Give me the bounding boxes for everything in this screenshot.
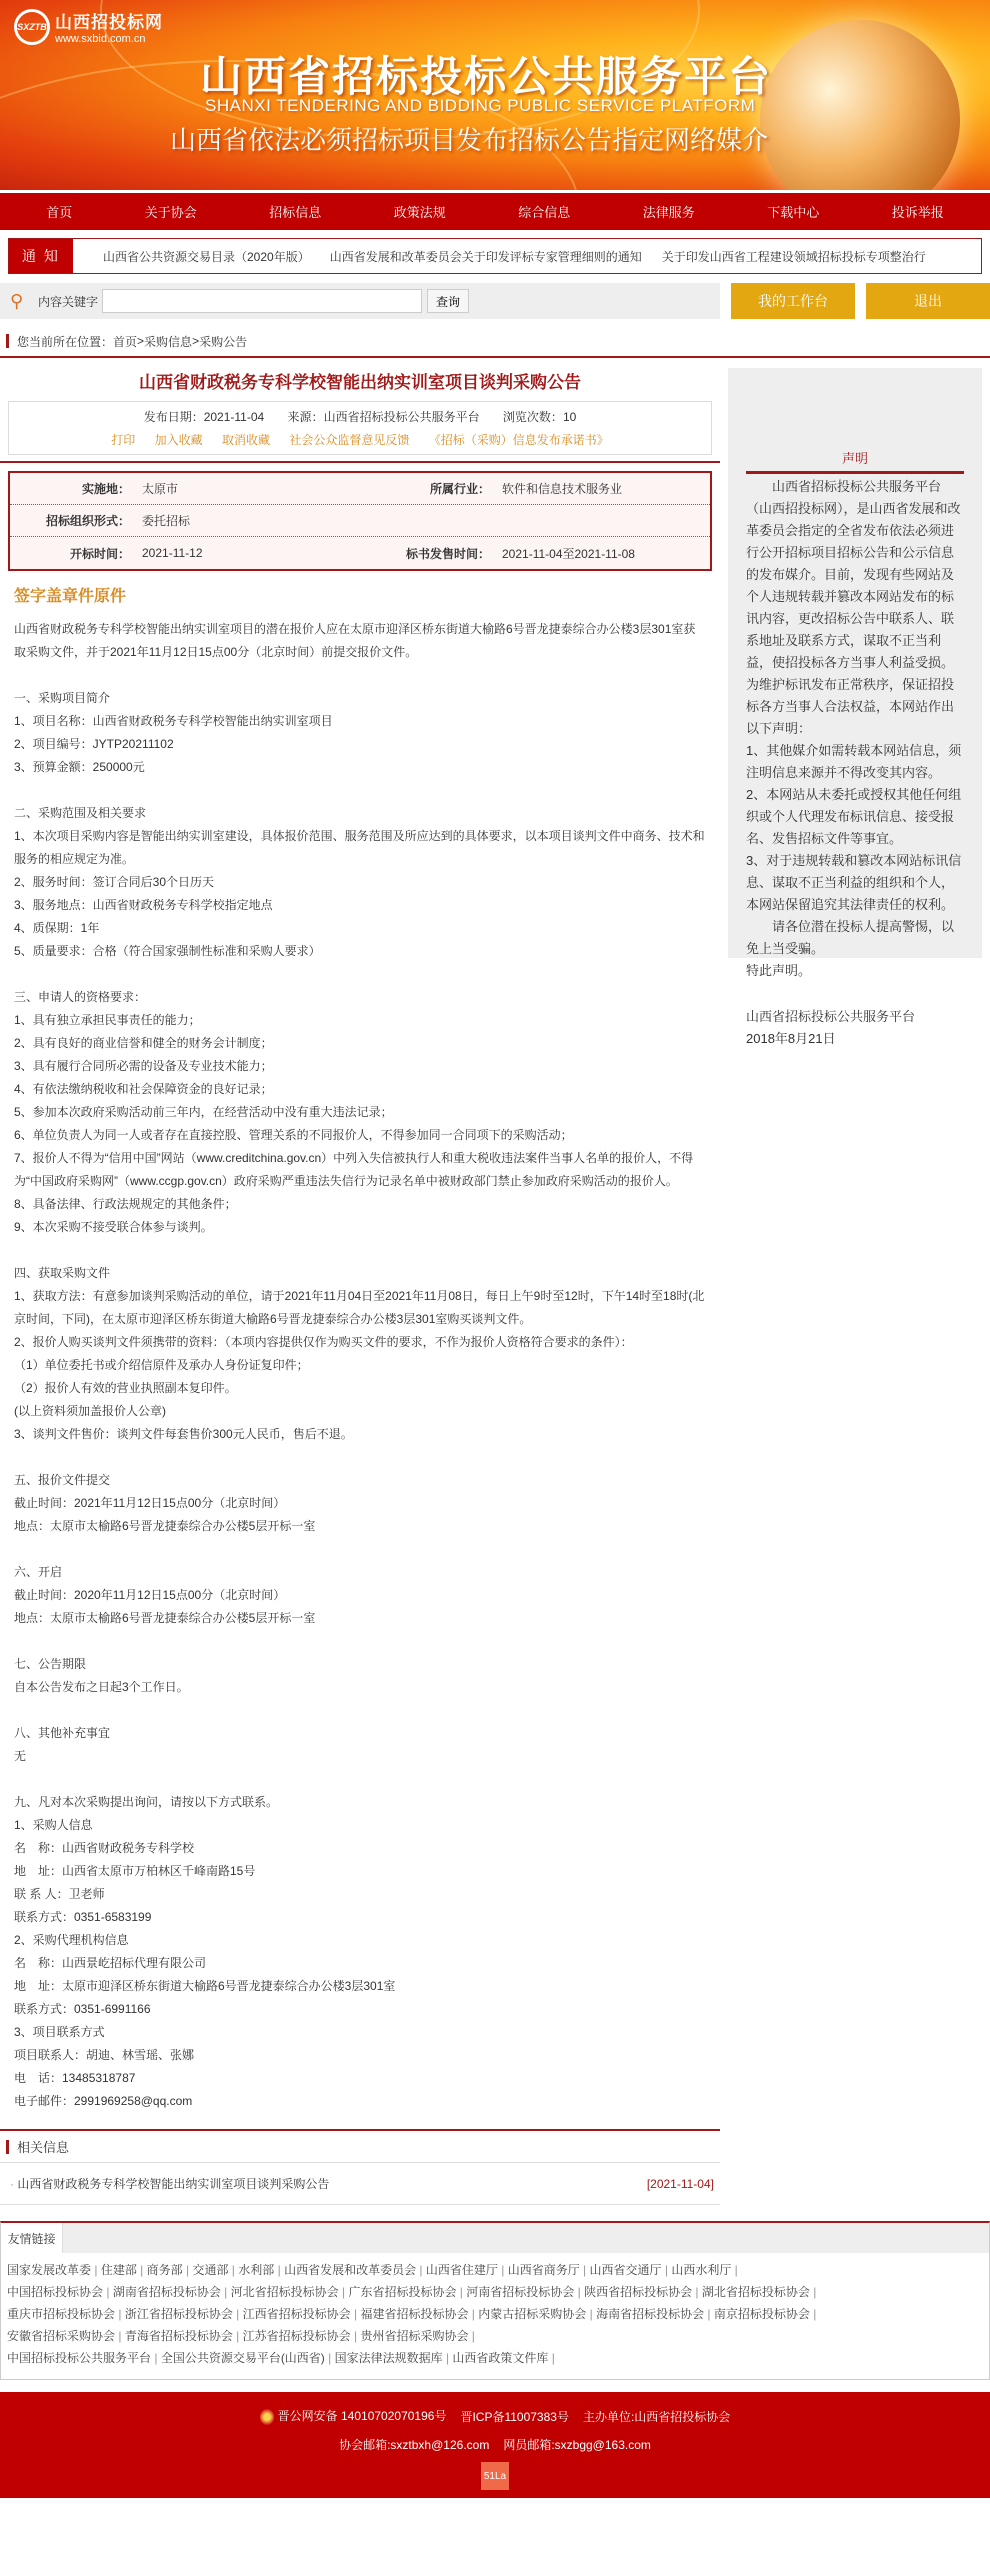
link-separator: | [351,2307,361,2321]
friend-link[interactable]: 海南省招标投标协会 [596,2307,704,2321]
article-meta: 发布日期：2021-11-04 来源：山西省招标投标公共服务平台 浏览次数：10… [8,401,712,455]
breadcrumb-procurement-notice[interactable]: 采购公告 [199,333,247,350]
nav-complaint[interactable]: 投诉举报 [892,202,944,221]
body-line: 3、具有履行合同所必需的设备及专业技术能力； [14,1055,706,1078]
body-line: 联 系 人：卫老师 [14,1883,706,1906]
nav-tender-info[interactable]: 招标信息 [269,202,321,221]
add-favorite-link[interactable]: 加入收藏 [155,433,203,447]
original-document-title: 签字盖章件原件 [14,585,706,608]
friend-links-row: 安徽省招标采购协会 | 青海省招标投标协会 | 江苏省招标投标协会 | 贵州省招… [7,2325,983,2347]
body-line: 1、获取方法：有意参加谈判采购活动的单位，请于2021年11月04日至2021年… [14,1285,706,1331]
link-separator: | [115,2307,125,2321]
notice-item[interactable]: 关于印发山西省工程建设领域招标投标专项整治行 [662,248,926,265]
body-line: 4、有依法缴纳税收和社会保障资金的良好记录； [14,1078,706,1101]
link-separator: | [548,2351,554,2365]
friend-link[interactable]: 国家发展改革委 [7,2263,91,2277]
publish-date: 2021-11-04 [204,410,265,424]
body-line: 山西省财政税务专科学校智能出纳实训室项目的潜在报价人应在太原市迎泽区桥东街道大榆… [14,618,706,664]
friend-links-row: 中国招标投标公共服务平台 | 全国公共资源交易平台(山西省) | 国家法律法规数… [7,2347,983,2369]
body-line: 一、采购项目简介 [14,687,706,710]
divider [0,461,720,463]
search-icon: ⚲ [10,291,30,312]
link-separator: | [456,2285,466,2299]
section-marker [6,2140,9,2154]
friend-links-tab[interactable]: 友情链接 [1,2223,63,2253]
police-emblem-icon [260,2409,274,2425]
org-form-value: 委托招标 [130,512,350,529]
body-line: 电子邮件：2991969258@qq.com [14,2090,706,2113]
friend-link[interactable]: 湖北省招标投标协会 [702,2285,810,2299]
search-input[interactable] [102,289,422,313]
friend-link[interactable]: 贵州省招标采购协会 [360,2329,468,2343]
friend-link[interactable]: 河南省招标投标协会 [466,2285,574,2299]
site-banner: SXZTB 山西招投标网 www.sxbid.com.cn 山西省招标投标公共服… [0,0,990,190]
friend-link[interactable]: 重庆市招标投标协会 [7,2307,115,2321]
body-line: 2、报价人购买谈判文件须携带的资料：（本项内容提供仅作为购买文件的要求，不作为报… [14,1331,706,1354]
org-form-label: 招标组织形式： [10,512,130,529]
body-line: 5、质量要求：合格（符合国家强制性标准和采购人要求） [14,940,706,963]
friend-link[interactable]: 山西省发展和改革委员会 [284,2263,416,2277]
source: 山西省招标投标公共服务平台 [324,410,480,424]
body-line: 地 址：山西省太原市万柏林区千峰南路15号 [14,1860,706,1883]
body-line: （1）单位委托书或介绍信原件及承办人身份证复印件； [14,1354,706,1377]
friend-link[interactable]: 住建部 [101,2263,137,2277]
body-line: 2、服务时间：签订合同后30个日历天 [14,871,706,894]
main-nav: 首页 关于协会 招标信息 政策法规 综合信息 法律服务 下载中心 投诉举报 [0,190,990,230]
body-lines: 山西省财政税务专科学校智能出纳实训室项目的潜在报价人应在太原市迎泽区桥东街道大榆… [14,618,706,2113]
body-line: 1、采购人信息 [14,1814,706,1837]
friend-links: 友情链接 国家发展改革委 | 住建部 | 商务部 | 交通部 | 水利部 | 山… [0,2221,990,2380]
body-line: 5、参加本次政府采购活动前三年内，在经营活动中没有重大违法记录； [14,1101,706,1124]
body-line: 四、获取采购文件 [14,1262,706,1285]
body-line: 联系方式：0351-6583199 [14,1906,706,1929]
body-line: 1、本次项目采购内容是智能出纳实训室建设，具体报价范围、服务范围及所应达到的具体… [14,825,706,871]
body-line: 1、项目名称：山西省财政税务专科学校智能出纳实训室项目 [14,710,706,733]
body-line: 2、具有良好的商业信誉和健全的财务会计制度； [14,1032,706,1055]
breadcrumb-prefix: 您当前所在位置： [17,333,113,350]
body-line: 6、单位负责人为同一人或者存在直接控股、管理关系的不同报价人，不得参加同一合同项… [14,1124,706,1147]
body-line [14,1239,706,1262]
body-line: 电 话：13485318787 [14,2067,706,2090]
body-line: 2、采购代理机构信息 [14,1929,706,1952]
declaration-paragraph: 3、对于违规转载和篡改本网站标讯信息、谋取不正当利益的组织和个人，本网站保留追究… [746,850,964,916]
body-line: （2）报价人有效的营业执照副本复印件。 [14,1377,706,1400]
friend-link[interactable]: 国家法律法规数据库 [335,2351,443,2365]
industry-value: 软件和信息技术服务业 [490,480,622,497]
body-line: 4、质保期：1年 [14,917,706,940]
industry-label: 所属行业： [350,480,490,497]
link-separator: | [339,2285,349,2299]
nav-about[interactable]: 关于协会 [145,202,197,221]
link-separator: | [103,2285,113,2299]
declaration-signature: 山西省招标投标公共服务平台 [746,1006,964,1028]
sale-time-label: 标书发售时间： [350,545,490,562]
breadcrumb-sep: > [192,334,199,348]
friend-link[interactable]: 湖南省招标投标协会 [113,2285,221,2299]
friend-link[interactable]: 山西省政策文件库 [452,2351,548,2365]
logo-mark-icon: SXZTB [14,9,50,45]
site-footer: 晋公网安备 14010702070196号 晋ICP备11007383号 主办单… [0,2392,990,2498]
police-record[interactable]: 晋公网安备 14010702070196号 [278,2409,447,2423]
declaration-body: 山西省招标投标公共服务平台（山西招投标网），是山西省发展和改革委员会指定的全省发… [746,474,964,982]
notice-bar: 通 知 山西省公共资源交易目录（2020年版） 山西省发展和改革委员会关于印发评… [8,238,982,274]
body-line: (以上资料须加盖报价人公章) [14,1400,706,1423]
declaration-paragraph: 请各位潜在投标人提高警惕，以免上当受骗。 [746,916,964,960]
link-separator: | [137,2263,147,2277]
breadcrumb-procurement-info[interactable]: 采购信息 [144,333,192,350]
views-label: 浏览次数： [503,410,563,424]
link-separator: | [704,2307,714,2321]
breadcrumb-home[interactable]: 首页 [113,333,137,350]
friend-link[interactable]: 南京招标投标协会 [714,2307,810,2321]
link-separator: | [810,2307,816,2321]
nav-policy[interactable]: 政策法规 [394,202,446,221]
related-item-title[interactable]: 山西省财政税务专科学校智能出纳实训室项目谈判采购公告 [17,2177,329,2191]
link-separator: | [221,2285,231,2299]
friend-link[interactable]: 陕西省招标投标协会 [584,2285,692,2299]
link-separator: | [351,2329,361,2343]
logo-url: www.sxbid.com.cn [55,33,163,45]
friend-links-row: 中国招标投标协会 | 湖南省招标投标协会 | 河北省招标投标协会 | 广东省招标… [7,2281,983,2303]
link-separator: | [498,2263,508,2277]
body-line: 7、报价人不得为“信用中国”网站（www.creditchina.gov.cn）… [14,1147,706,1193]
friend-link[interactable]: 全国公共资源交易平台(山西省) [161,2351,325,2365]
body-line: 地 址：太原市迎泽区桥东街道大榆路6号晋龙捷泰综合办公楼3层301室 [14,1975,706,1998]
location-value: 太原市 [130,480,350,497]
friend-link[interactable]: 中国招标投标公共服务平台 [7,2351,151,2365]
body-line: 2、项目编号：JYTP20211102 [14,733,706,756]
sale-time-value: 2021-11-04至2021-11-08 [490,545,635,562]
body-line: 截止时间：2020年11月12日15点00分（北京时间） [14,1584,706,1607]
declaration-date: 2018年8月21日 [746,1028,964,1050]
link-separator: | [468,2329,474,2343]
friend-link[interactable]: 江西省招标投标协会 [243,2307,351,2321]
body-line: 三、申请人的资格要求： [14,986,706,1009]
friend-links-row: 重庆市招标投标协会 | 浙江省招标投标协会 | 江西省招标投标协会 | 福建省招… [7,2303,983,2325]
body-line: 9、本次采购不接受联合体参与谈判。 [14,1216,706,1239]
body-line: 8、具备法律、行政法规规定的其他条件； [14,1193,706,1216]
link-separator: | [233,2307,243,2321]
friend-links-row: 国家发展改革委 | 住建部 | 商务部 | 交通部 | 水利部 | 山西省发展和… [7,2259,983,2281]
commitment-link[interactable]: 《招标（采购）信息发布承诺书》 [429,433,609,447]
body-line [14,1768,706,1791]
body-line: 截止时间：2021年11月12日15点00分（北京时间） [14,1492,706,1515]
friend-link[interactable]: 中国招标投标协会 [7,2285,103,2299]
icp-record[interactable]: 晋ICP备11007383号 [460,2408,569,2425]
body-line: 项目联系人：胡迪、林雪瑶、张娜 [14,2044,706,2067]
related-title: 相关信息 [17,2137,69,2156]
friend-links-list: 国家发展改革委 | 住建部 | 商务部 | 交通部 | 水利部 | 山西省发展和… [1,2253,989,2379]
remove-favorite-link[interactable]: 取消收藏 [222,433,270,447]
link-separator: | [662,2263,672,2277]
link-separator: | [468,2307,478,2321]
link-separator: | [580,2263,590,2277]
link-separator: | [115,2329,125,2343]
body-line: 八、其他补充事宜 [14,1722,706,1745]
association-email: 协会邮箱:sxztbxh@126.com [339,2436,489,2453]
body-line: 1、具有独立承担民事责任的能力； [14,1009,706,1032]
print-link[interactable]: 打印 [111,433,135,447]
related-item-date: [2021-11-04] [647,2177,714,2191]
friend-link[interactable]: 山西水利厅 [671,2263,731,2277]
friend-link[interactable]: 商务部 [147,2263,183,2277]
nav-general-info[interactable]: 综合信息 [518,202,570,221]
article-body: 签字盖章件原件 山西省财政税务专科学校智能出纳实训室项目的潜在报价人应在太原市迎… [0,585,720,2113]
main-content: 山西省财政税务专科学校智能出纳实训室项目谈判采购公告 发布日期：2021-11-… [0,358,720,2205]
friend-link[interactable]: 福建省招标投标协会 [360,2307,468,2321]
declaration-paragraph: 山西省招标投标公共服务平台（山西招投标网），是山西省发展和改革委员会指定的全省发… [746,476,964,740]
link-separator: | [810,2285,816,2299]
body-line [14,963,706,986]
link-separator: | [228,2263,238,2277]
search-label: 内容关键字 [38,293,98,310]
link-separator: | [692,2285,702,2299]
link-separator: | [91,2263,101,2277]
link-separator: | [443,2351,453,2365]
body-line: 3、谈判文件售价：谈判文件每套售价300元人民币，售后不退。 [14,1423,706,1446]
body-line: 五、报价文件提交 [14,1469,706,1492]
body-line: 七、公告期限 [14,1653,706,1676]
open-date-value: 2021-11-12 [130,546,350,560]
search-bar: ⚲ 内容关键字 查询 我的工作台 退出 [0,282,990,320]
friend-link[interactable]: 广东省招标投标协会 [348,2285,456,2299]
nav-download[interactable]: 下载中心 [767,202,819,221]
nav-legal[interactable]: 法律服务 [643,202,695,221]
related-info: 相关信息 · 山西省财政税务专科学校智能出纳实训室项目谈判采购公告 [2021-… [0,2129,720,2205]
host-org: 主办单位:山西省招投标协会 [583,2408,730,2425]
declaration-paragraph: 2、本网站从未委托或授权其他任何组织或个人代理发布标讯信息、接受报名、发售招标文… [746,784,964,850]
notice-label: 通 知 [9,239,73,273]
body-line: 六、开启 [14,1561,706,1584]
friend-link[interactable]: 浙江省招标投标协会 [125,2307,233,2321]
banner-title: 山西省招标投标公共服务平台 [200,44,772,104]
body-line: 无 [14,1745,706,1768]
breadcrumb-marker [6,334,9,348]
globe-image [760,20,960,190]
workbench-button[interactable]: 我的工作台 [731,283,855,319]
body-line [14,664,706,687]
body-line [14,1446,706,1469]
friend-link[interactable]: 江苏省招标投标协会 [243,2329,351,2343]
view-count: 10 [563,410,576,424]
friend-link[interactable]: 内蒙古招标采购协会 [478,2307,586,2321]
nav-home[interactable]: 首页 [46,202,72,221]
project-info-table: 实施地： 太原市 所属行业： 软件和信息技术服务业 招标组织形式： 委托招标 开… [8,471,712,571]
declaration-title: 声明 [746,368,964,474]
search-button[interactable]: 查询 [427,289,469,313]
open-date-label: 开标时间： [10,545,130,562]
body-line: 二、采购范围及相关要求 [14,802,706,825]
link-separator: | [586,2307,596,2321]
body-line: 联系方式：0351-6991166 [14,1998,706,2021]
notice-item[interactable]: 山西省发展和改革委员会关于印发评标专家管理细则的通知 [330,248,642,265]
declaration-paragraph: 特此声明。 [746,960,964,982]
body-line [14,1699,706,1722]
body-line: 地点：太原市太榆路6号晋龙捷泰综合办公楼5层开标一室 [14,1607,706,1630]
friend-link[interactable]: 安徽省招标采购协会 [7,2329,115,2343]
site-logo[interactable]: SXZTB 山西招投标网 www.sxbid.com.cn [14,8,163,45]
link-separator: | [183,2263,193,2277]
member-email: 网员邮箱:sxzbgg@163.com [503,2436,651,2453]
source-label: 来源： [288,410,324,424]
link-separator: | [731,2263,737,2277]
friend-link[interactable]: 山西省交通厅 [590,2263,662,2277]
link-separator: | [233,2329,243,2343]
stat-badge[interactable]: 51La [481,2462,509,2490]
breadcrumb-sep: > [137,334,144,348]
banner-slogan: 山西省依法必须招标项目发布招标公告指定网络媒介 [170,120,768,157]
link-separator: | [416,2263,426,2277]
body-line: 名 称：山西景屹招标代理有限公司 [14,1952,706,1975]
friend-link[interactable]: 山西省住建厅 [426,2263,498,2277]
location-label: 实施地： [10,480,130,497]
body-line: 3、项目联系方式 [14,2021,706,2044]
body-line [14,1538,706,1561]
feedback-link[interactable]: 社会公众监督意见反馈 [289,433,409,447]
body-line: 九、凡对本次采购提出询问，请按以下方式联系。 [14,1791,706,1814]
friend-link[interactable]: 交通部 [192,2263,228,2277]
notice-item[interactable]: 山西省公共资源交易目录（2020年版） [103,248,310,265]
body-line: 地点：太原市太榆路6号晋龙捷泰综合办公楼5层开标一室 [14,1515,706,1538]
friend-link[interactable]: 水利部 [238,2263,274,2277]
link-separator: | [274,2263,284,2277]
body-line [14,1630,706,1653]
link-separator: | [151,2351,161,2365]
logout-button[interactable]: 退出 [866,283,990,319]
declaration-paragraph: 1、其他媒介如需转载本网站信息，须注明信息来源并不得改变其内容。 [746,740,964,784]
link-separator: | [325,2351,335,2365]
logo-name: 山西招投标网 [55,8,163,33]
body-line: 3、预算金额：250000元 [14,756,706,779]
declaration-panel: 声明 山西省招标投标公共服务平台（山西招投标网），是山西省发展和改革委员会指定的… [728,368,982,958]
friend-link[interactable]: 河北省招标投标协会 [231,2285,339,2299]
friend-link[interactable]: 山西省商务厅 [508,2263,580,2277]
link-separator: | [574,2285,584,2299]
article-title: 山西省财政税务专科学校智能出纳实训室项目谈判采购公告 [0,368,720,393]
breadcrumb: 您当前所在位置： 首页 > 采购信息 > 采购公告 [0,326,990,358]
friend-link[interactable]: 青海省招标投标协会 [125,2329,233,2343]
publish-date-label: 发布日期： [144,410,204,424]
body-line [14,779,706,802]
banner-subtitle-en: SHANXI TENDERING AND BIDDING PUBLIC SERV… [205,96,755,116]
body-line: 3、服务地点：山西省财政税务专科学校指定地点 [14,894,706,917]
body-line: 自本公告发布之日起3个工作日。 [14,1676,706,1699]
body-line: 名 称：山西省财政税务专科学校 [14,1837,706,1860]
related-item[interactable]: · 山西省财政税务专科学校智能出纳实训室项目谈判采购公告 [2021-11-04… [0,2163,720,2205]
